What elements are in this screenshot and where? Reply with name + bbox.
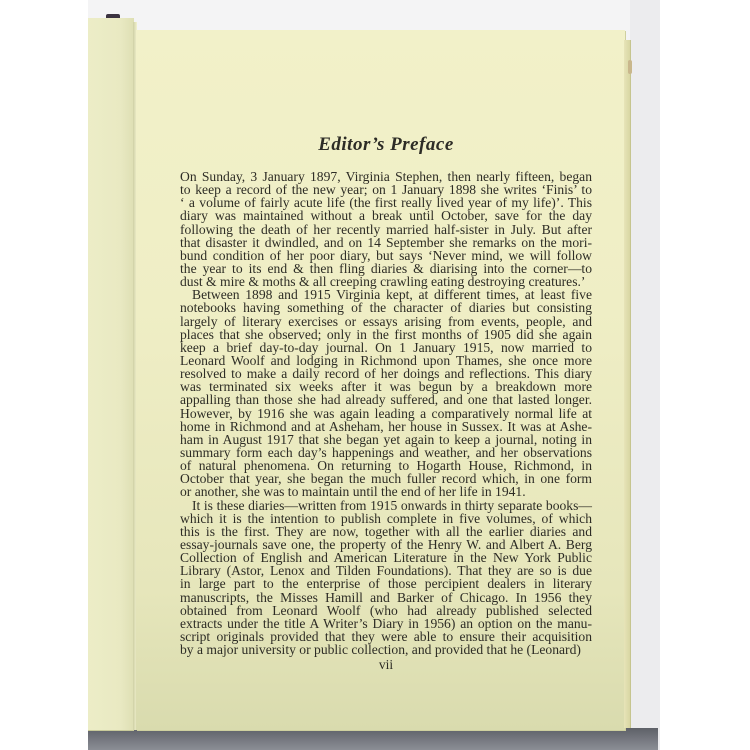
photo-scene: Editor’s Preface On Sunday, 3 January 18… [0,0,750,750]
text-line: manuscripts, the Misses Hamill and Barke… [180,591,592,604]
text-line: which it is the intention to publish com… [180,512,592,525]
text-line: ham in August 1917 that she began yet ag… [180,433,592,446]
page-edge-tab [628,60,632,74]
paragraph-2: Between 1898 and 1915 Virginia kept, at … [180,288,592,498]
text-line: this is the first. They are now, togethe… [180,525,592,538]
background-right [660,0,750,750]
text-line: diary was maintained without a break unt… [180,209,592,222]
paragraph-3: It is these diaries—written from 1915 on… [180,499,592,657]
text-line: obtained from Leonard Woolf (who had alr… [180,604,592,617]
page-number: vii [180,657,592,673]
text-line: However, by 1916 she was again leading a… [180,407,592,420]
book-cover-bottom [88,728,658,750]
text-line: appalling than those she had already suf… [180,393,592,406]
text-line: extracts under the title A Writer’s Diar… [180,617,592,630]
text-line: following the death of her recently marr… [180,223,592,236]
page-title: Editor’s Preface [180,134,592,156]
text-line: largely of literary exercises or essays … [180,315,592,328]
text-line: bund condition of her poor diary, but sa… [180,249,592,262]
text-line: places that she observed; only in the fi… [180,328,592,341]
paragraph-1: On Sunday, 3 January 1897, Virginia Step… [180,170,592,288]
left-page [88,18,134,731]
text-line: by a major university or public collecti… [180,643,592,656]
text-line: home in Richmond and at Asheham, her hou… [180,420,592,433]
background-right-shadow [630,0,660,750]
text-line: that disaster it dwindled, and on 14 Sep… [180,236,592,249]
text-line: or another, she was to maintain until th… [180,485,592,498]
background-left [0,0,88,750]
text-line: in large part to the enterprise of those… [180,577,592,590]
text-line: notebooks having something of the charac… [180,301,592,314]
text-line: keep a brief day-to-day journal. On 1 Ja… [180,341,592,354]
page-content: Editor’s Preface On Sunday, 3 January 18… [180,134,592,656]
text-line: It is these diaries—written from 1915 on… [180,499,592,512]
page-edge-stack [624,40,631,728]
